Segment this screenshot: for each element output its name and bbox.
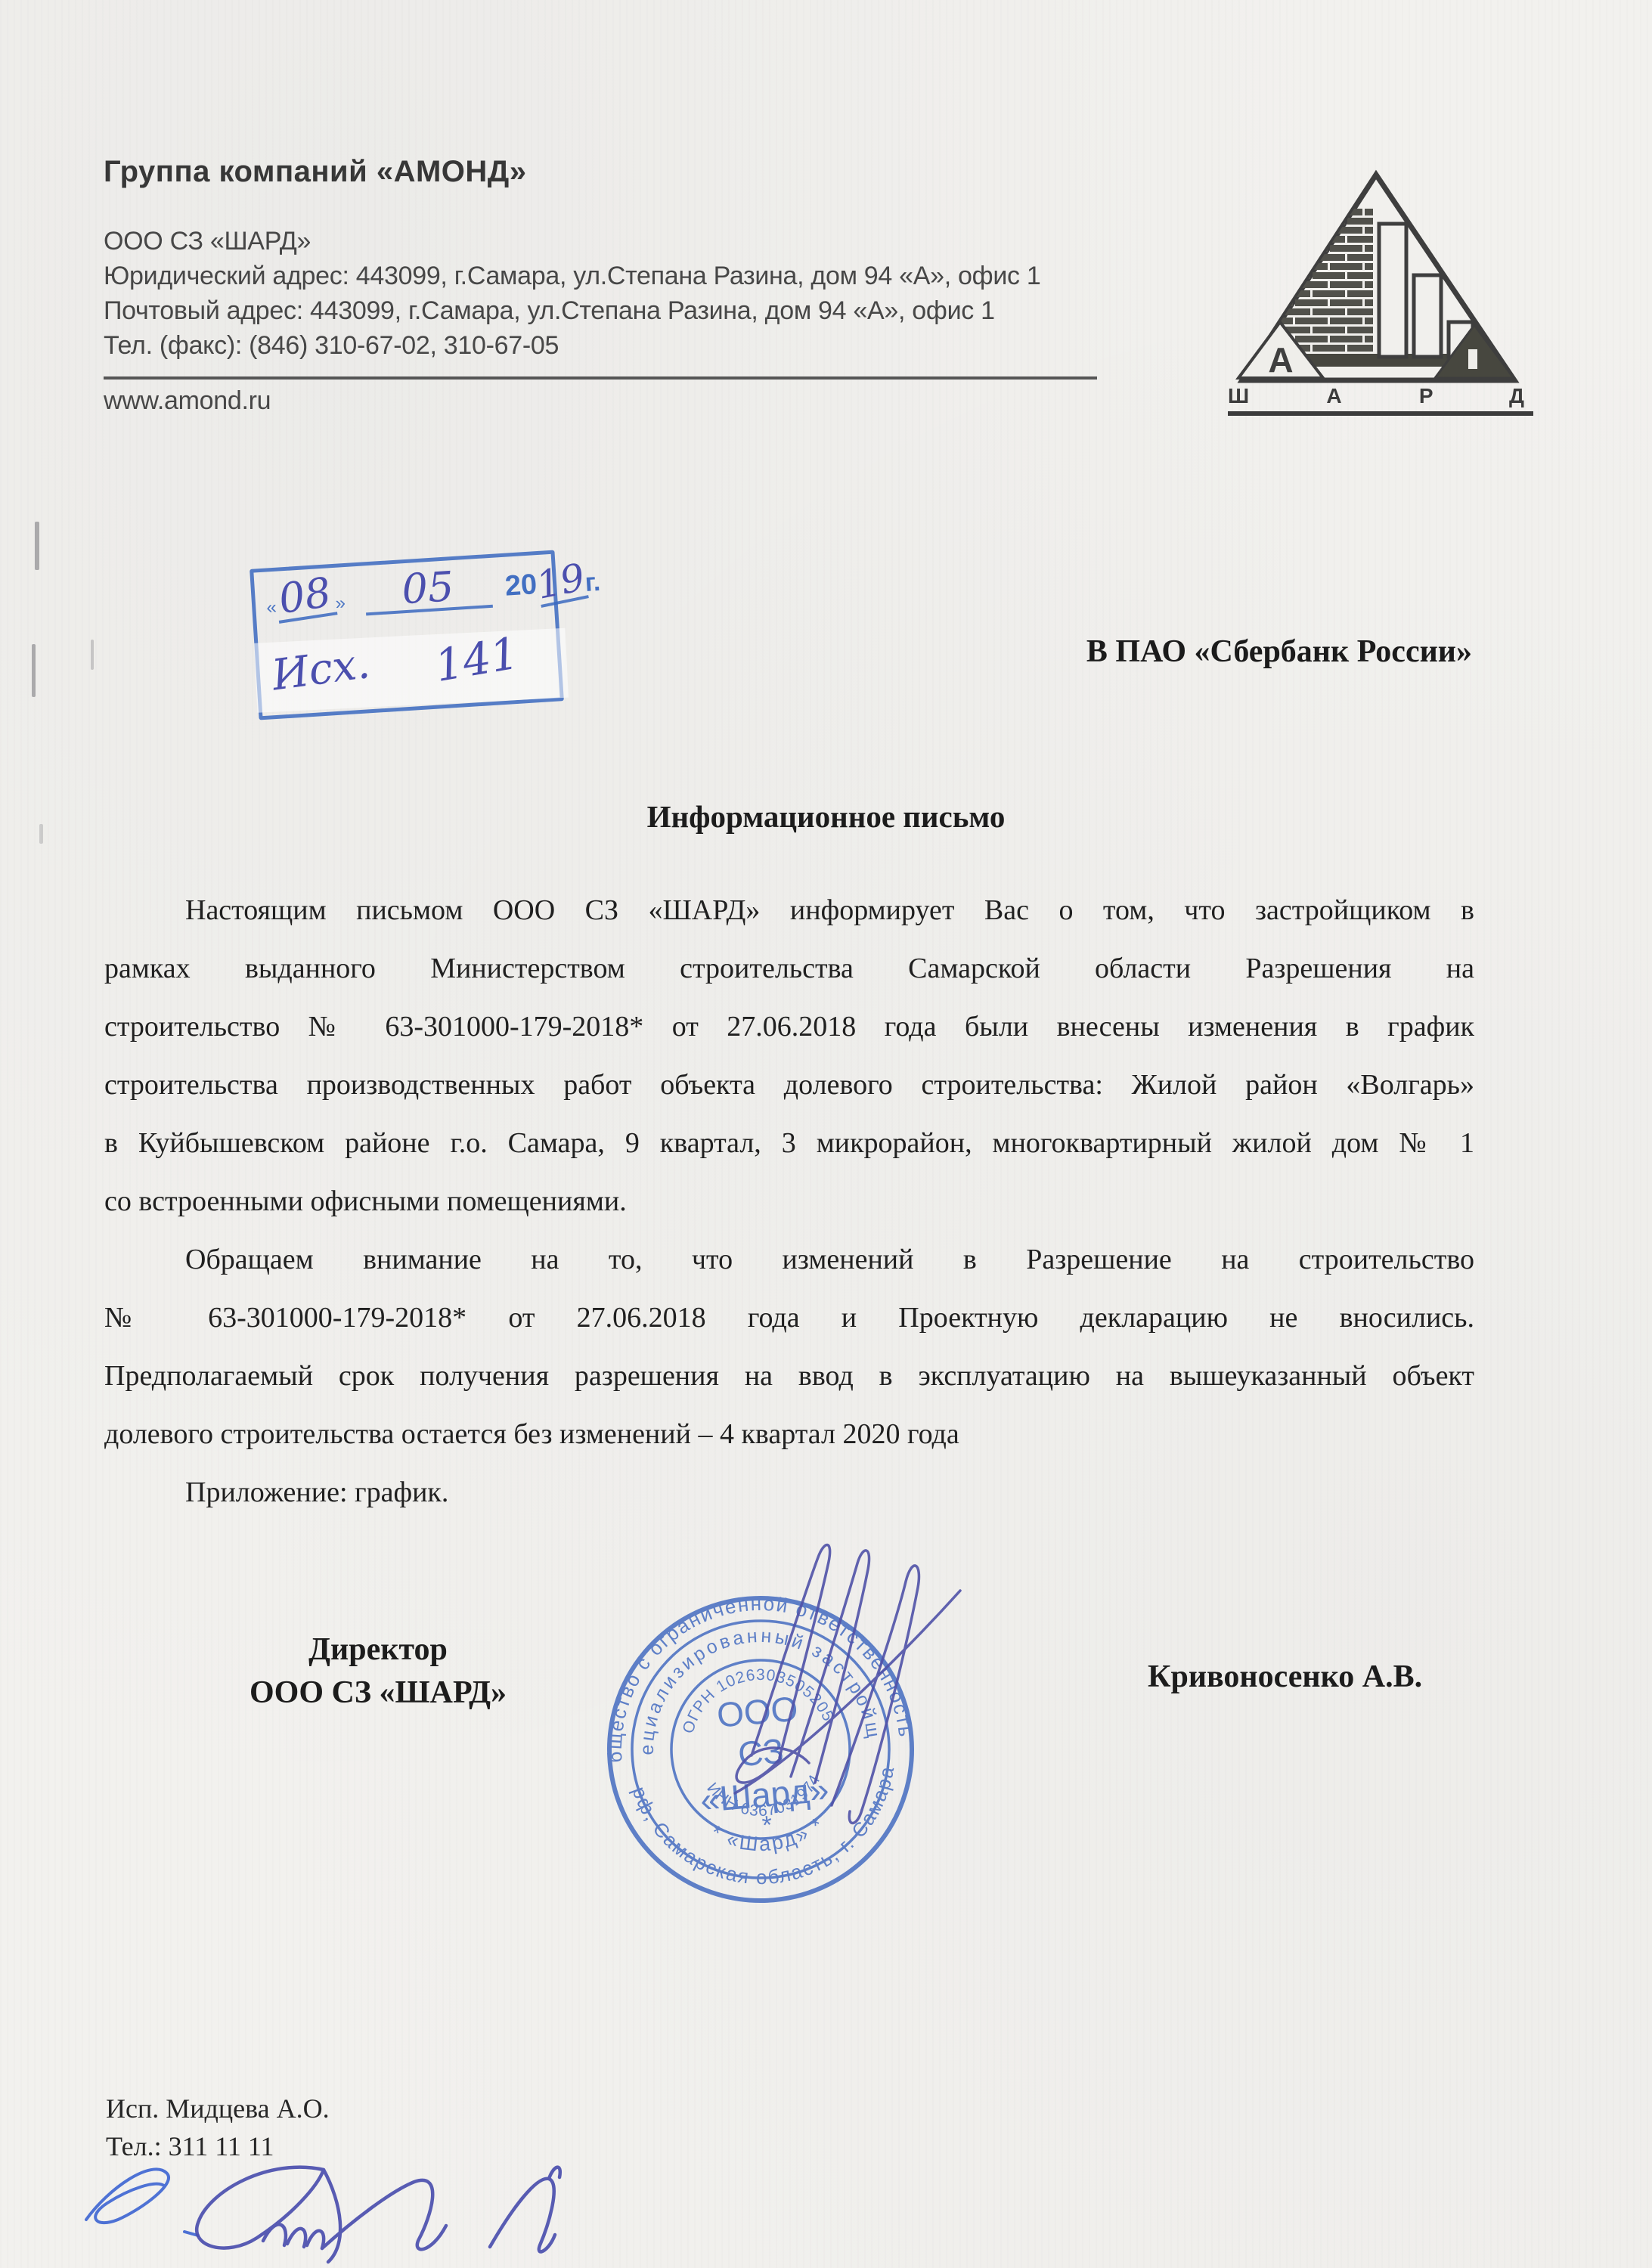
signer-position-line2: ООО СЗ «ШАРД» [213, 1672, 543, 1715]
logo-shard-letters: ШАРД [1228, 384, 1524, 407]
signer-position: Директор ООО СЗ «ШАРД» [213, 1628, 543, 1715]
body-line: Настоящим письмом ООО СЗ «ШАРД» информир… [104, 881, 1474, 940]
org-name: ООО СЗ «ШАРД» [104, 224, 1097, 259]
logo-letter-a: А [1268, 340, 1293, 380]
body-line: № 63-301000-179-2018* от 27.06.2018 года… [104, 1289, 1474, 1347]
signer-name: Кривоносенко А.В. [1148, 1659, 1422, 1695]
body-line: долевого строительства остается без изме… [104, 1405, 1474, 1464]
handwritten-ref-label: Исх. [270, 643, 373, 698]
letterhead-divider [104, 376, 1097, 380]
stamp-date-row: « 08 » 05 20 19 г. [265, 557, 602, 622]
scan-artifact [91, 640, 94, 670]
handwritten-ref-number: 141 [432, 631, 522, 688]
scanned-letter-page: Группа компаний «АМОНД» ООО СЗ «ШАРД» Юр… [0, 0, 1652, 2268]
phone-fax: Тел. (факс): (846) 310-67-02, 310-67-05 [104, 328, 1097, 363]
body-line: в Куйбышевском районе г.о. Самара, 9 ква… [104, 1114, 1474, 1173]
body-line: Приложение: график. [104, 1464, 1474, 1522]
stamp-year-prefix: 20 [504, 570, 538, 607]
postal-address: Почтовый адрес: 443099, г.Самара, ул.Сте… [104, 293, 1097, 328]
handwritten-month: 05 [363, 564, 492, 615]
body-line: строительство № 63-301000-179-2018* от 2… [104, 998, 1474, 1056]
company-group-title: Группа компаний «АМОНД» [104, 155, 1097, 189]
body-line: рамках выданного Министерством строитель… [104, 940, 1474, 998]
letter-body: Настоящим письмом ООО СЗ «ШАРД» информир… [104, 881, 1474, 1522]
scan-artifact [39, 824, 43, 844]
scan-artifact [32, 644, 36, 697]
signer-position-line1: Директор [213, 1628, 543, 1672]
scan-artifact [35, 522, 39, 570]
document-title: Информационное письмо [0, 798, 1652, 835]
body-line: со встроенными офисными помещениями. [104, 1173, 1474, 1231]
legal-address: Юридический адрес: 443099, г.Самара, ул.… [104, 259, 1097, 293]
body-line: строительства производственных работ объ… [104, 1056, 1474, 1114]
website: www.amond.ru [104, 386, 1097, 416]
letterhead: Группа компаний «АМОНД» ООО СЗ «ШАРД» Юр… [104, 155, 1097, 416]
addressee: В ПАО «Сбербанк России» [1086, 634, 1472, 670]
incoming-date-stamp: « 08 » 05 20 19 г. Исх. 141 [250, 550, 564, 720]
body-line: Предполагаемый срок получения разрешения… [104, 1347, 1474, 1405]
body-line: Обращаем внимание на то, что изменений в… [104, 1231, 1474, 1289]
handwritten-day: 08 [273, 572, 338, 624]
executor-signature [36, 2147, 717, 2266]
executor-name: Исп. Мидцева А.О. [106, 2090, 330, 2127]
handwritten-year: 19 [533, 558, 588, 608]
shard-triangle-logo-icon: А ШАРД [1208, 163, 1544, 423]
director-signature [702, 1527, 989, 1830]
